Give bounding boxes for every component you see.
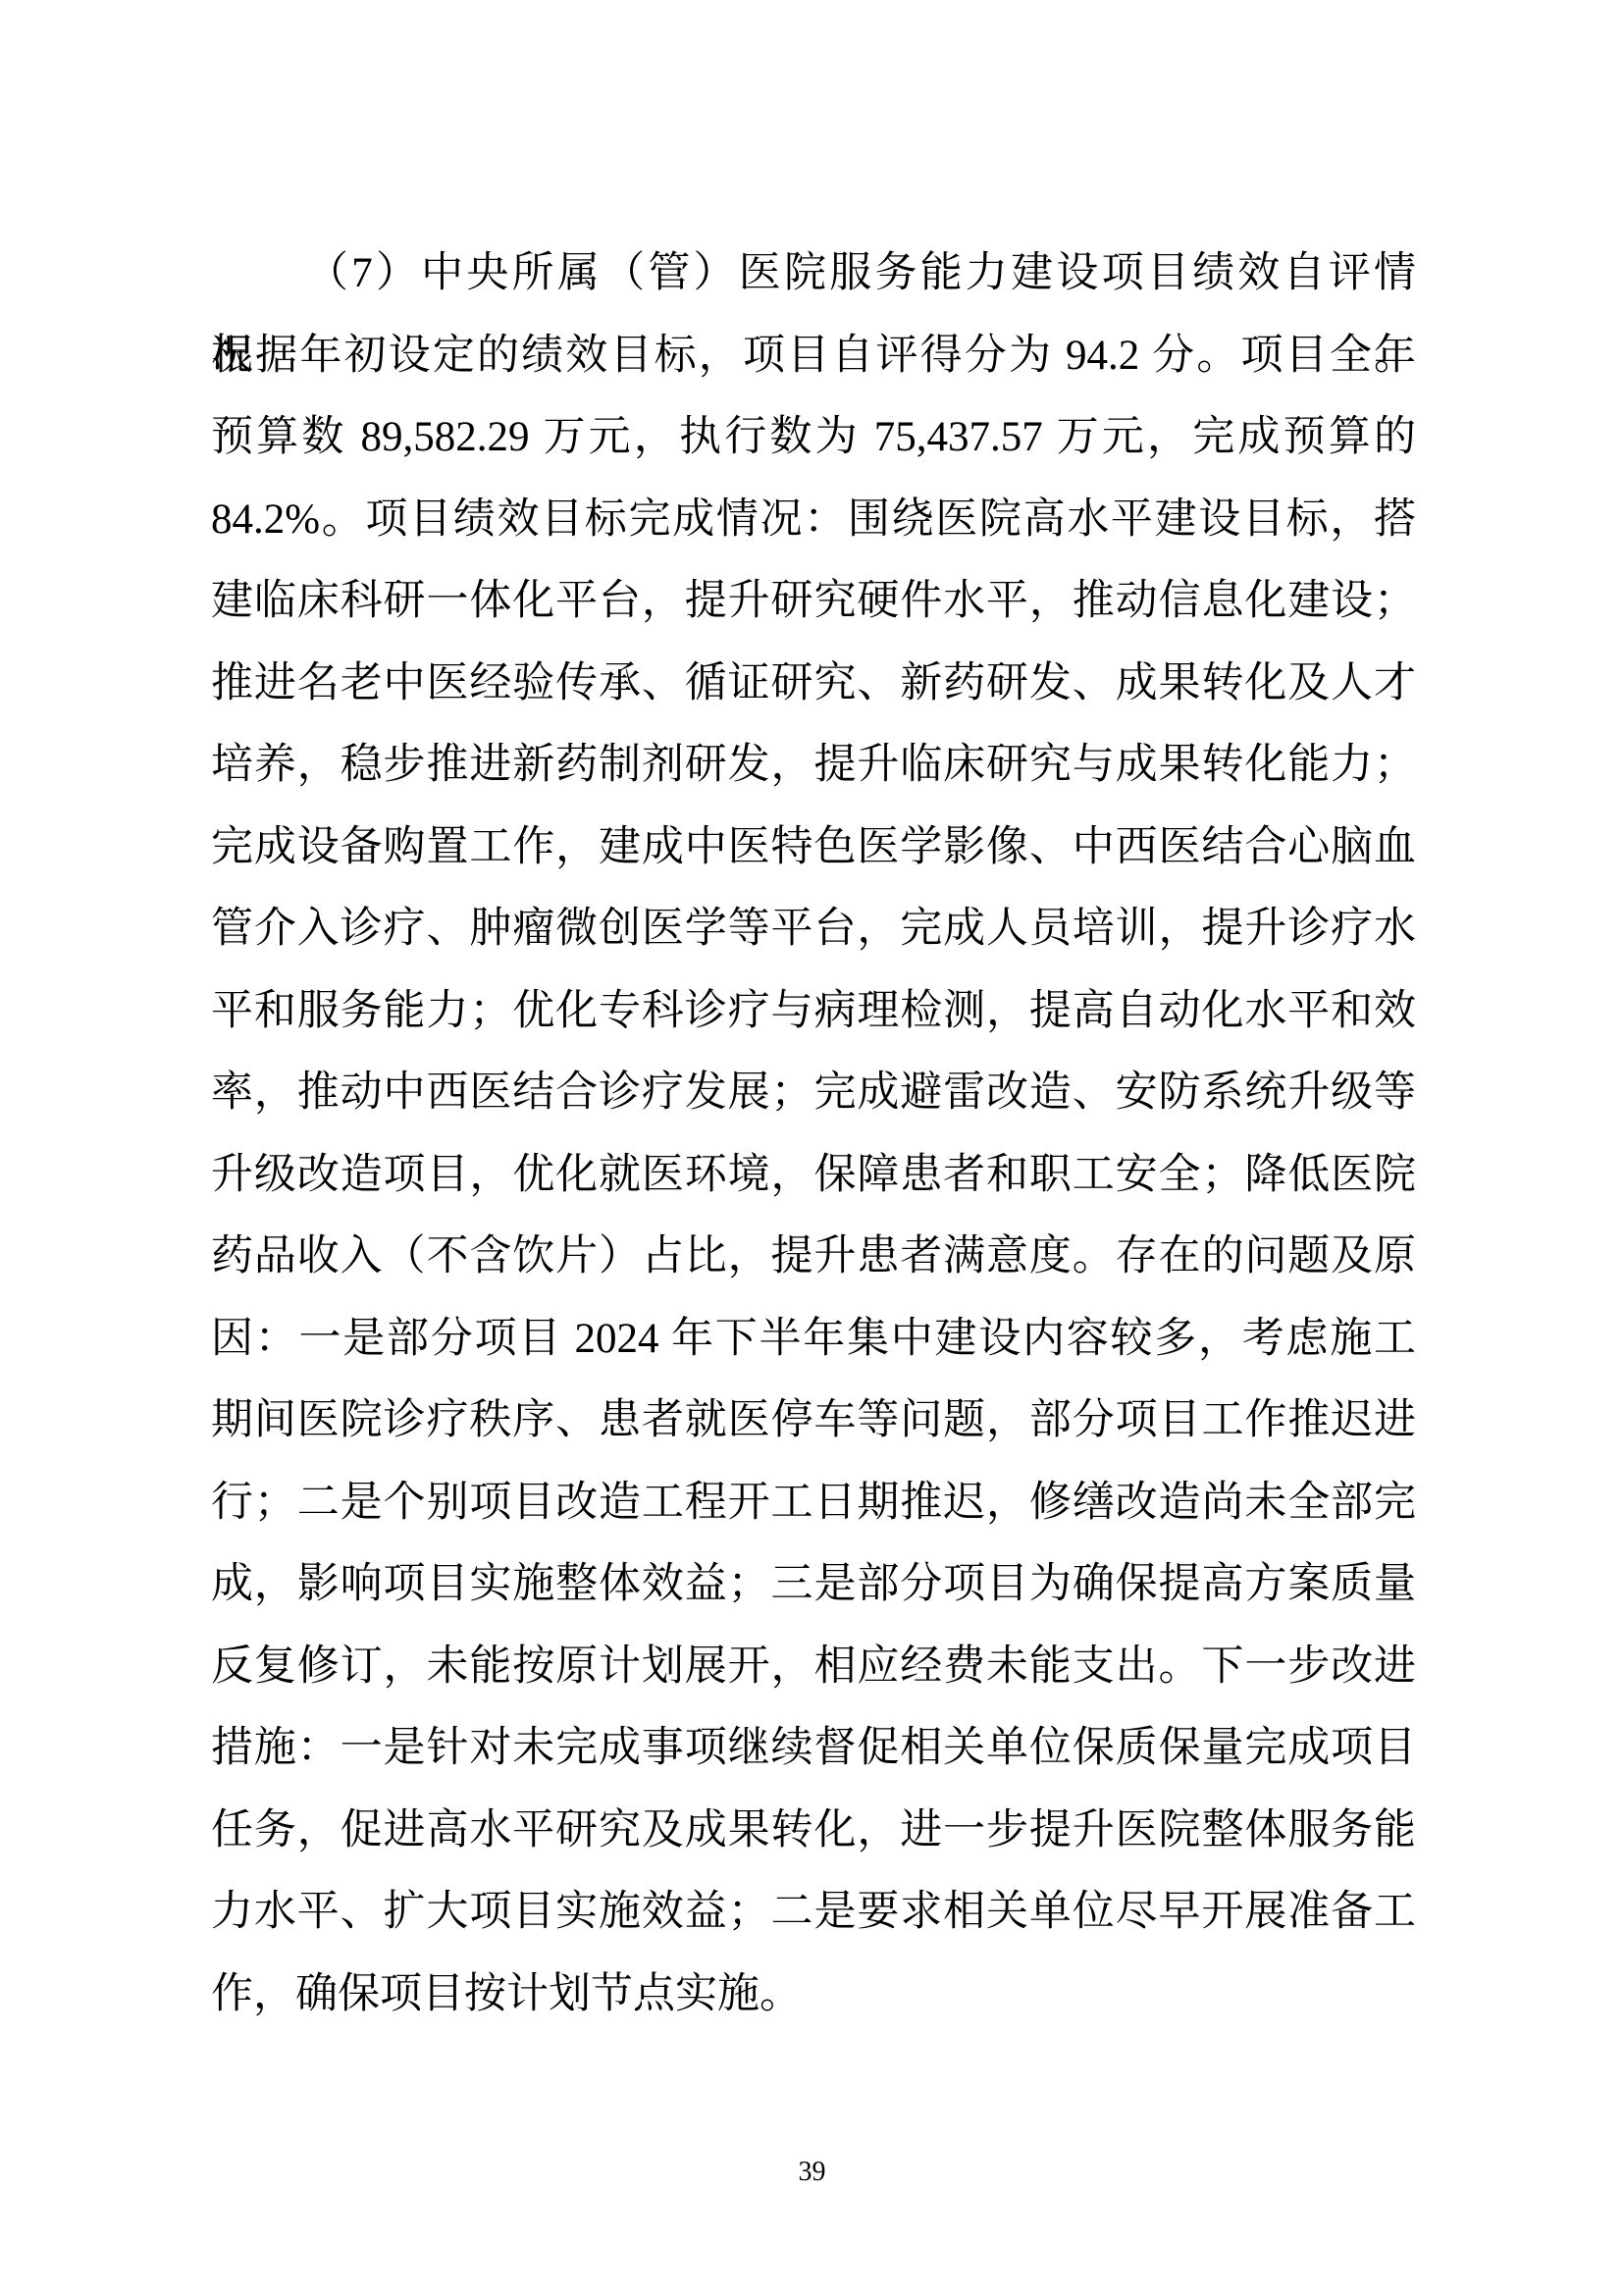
document-page: （7）中央所属（管）医院服务能力建设项目绩效自评情况。 根据年初设定的绩效目标，… [0,0,1624,2295]
text-line: 84.2%。项目绩效目标完成情况：围绕医院高水平建设目标，搭 [211,479,1416,561]
text-line: 措施：一是针对未完成事项继续督促相关单位保质保量完成项目 [211,1707,1416,1790]
text-line: 任务，促进高水平研究及成果转化，进一步提升医院整体服务能 [211,1790,1416,1872]
text-line: 药品收入（不含饮片）占比，提升患者满意度。存在的问题及原 [211,1216,1416,1298]
text-line: 预算数 89,582.29 万元，执行数为 75,437.57 万元，完成预算的 [211,396,1416,479]
text-line: 力水平、扩大项目实施效益；二是要求相关单位尽早开展准备工 [211,1871,1416,1954]
text-line: 因：一是部分项目 2024 年下半年集中建设内容较多，考虑施工 [211,1298,1416,1381]
text-line: 培养，稳步推进新药制剂研发，提升临床研究与成果转化能力； [211,724,1416,807]
text-line: 平和服务能力；优化专科诊疗与病理检测，提高自动化水平和效 [211,970,1416,1053]
text-line: 反复修订，未能按原计划展开，相应经费未能支出。下一步改进 [211,1626,1416,1708]
text-line: 率，推动中西医结合诊疗发展；完成避雷改造、安防系统升级等 [211,1052,1416,1134]
text-line: 升级改造项目，优化就医环境，保障患者和职工安全；降低医院 [211,1134,1416,1217]
text-line: 管介入诊疗、肿瘤微创医学等平台，完成人员培训，提升诊疗水 [211,888,1416,970]
text-line: 作，确保项目按计划节点实施。 [211,1954,1416,2036]
text-line: 成，影响项目实施整体效益；三是部分项目为确保提高方案质量 [211,1543,1416,1626]
text-line: 建临床科研一体化平台，提升研究硬件水平，推动信息化建设； [211,560,1416,643]
body-text-paragraph: （7）中央所属（管）医院服务能力建设项目绩效自评情况。 根据年初设定的绩效目标，… [211,233,1416,2035]
text-line: 期间医院诊疗秩序、患者就医停车等问题，部分项目工作推迟进 [211,1380,1416,1462]
text-line: 完成设备购置工作，建成中医特色医学影像、中西医结合心脑血 [211,807,1416,889]
page-number: 39 [0,2156,1624,2189]
text-line: 行；二是个别项目改造工程开工日期推迟，修缮改造尚未全部完 [211,1462,1416,1544]
text-line: 根据年初设定的绩效目标，项目自评得分为 94.2 分。项目全年 [211,315,1416,397]
text-line: （7）中央所属（管）医院服务能力建设项目绩效自评情况。 [211,233,1416,315]
text-line: 推进名老中医经验传承、循证研究、新药研发、成果转化及人才 [211,643,1416,725]
